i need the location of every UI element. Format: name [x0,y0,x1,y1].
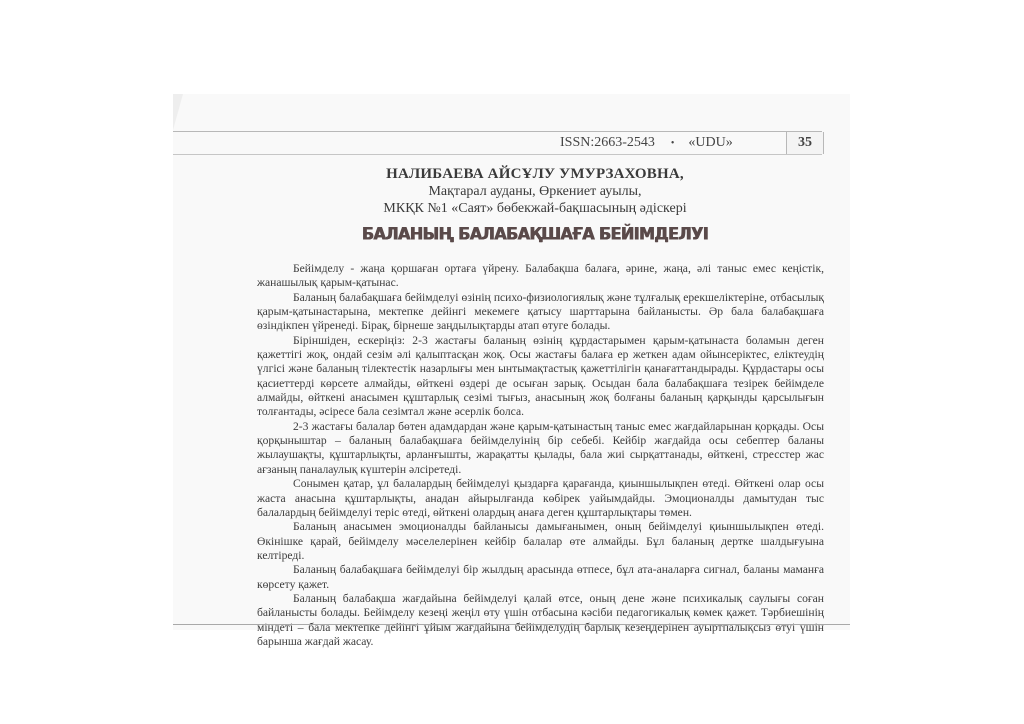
author-affiliation-line1: Мақтарал ауданы, Өркениет ауылы, [240,183,830,200]
issn-label: ISSN:2663-2543 [560,135,655,151]
running-header: ISSN:2663-2543 • «UDU» [560,132,753,154]
journal-name: «UDU» [688,135,732,151]
paragraph: Баланың балабақшаға бейімделуі бір жылды… [257,563,824,592]
page-number: 35 [786,132,824,154]
header-bottom-rule [173,154,822,155]
paragraph: Баланың балабақшаға бейімделуі өзінің пс… [257,291,824,334]
article-title: БАЛАНЫҢ БАЛАБАҚШАҒА БЕЙІМДЕЛУІ [240,224,830,244]
paragraph: Баланың анасымен эмоционалды байланысы д… [257,520,824,563]
page-corner-shadow [173,94,183,130]
bullet-separator-icon: • [671,138,675,149]
paragraph: Сонымен қатар, ұл балалардың бейімделуі … [257,477,824,520]
paragraph: Бейімделу - жаңа қоршаған ортаға үйрену.… [257,262,824,291]
footer-rule [173,624,850,625]
author-block: НАЛИБАЕВА АЙСҰЛУ УМУРЗАХОВНА, Мақтарал а… [240,165,830,217]
paragraph: Біріншіден, ескеріңіз: 2-3 жастағы балан… [257,334,824,420]
paragraph: 2-3 жастағы балалар бөтен адамдардан жән… [257,420,824,477]
article-body: Бейімделу - жаңа қоршаған ортаға үйрену.… [257,262,824,649]
author-name: НАЛИБАЕВА АЙСҰЛУ УМУРЗАХОВНА, [240,165,830,183]
paragraph: Баланың балабақша жағдайына бейімделуі қ… [257,592,824,649]
author-affiliation-line2: МКҚК №1 «Саят» бөбекжай-бақшасының әдіск… [240,200,830,217]
